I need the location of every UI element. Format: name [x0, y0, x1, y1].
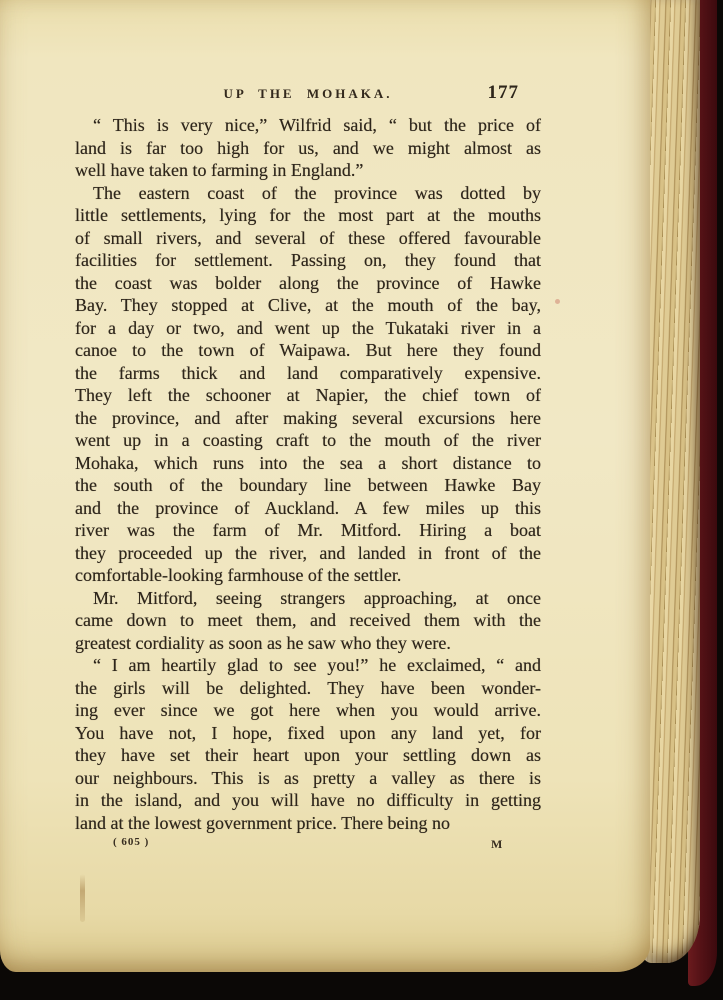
text-line: they have set their heart upon your sett…	[75, 744, 541, 767]
paragraph: “ I am heartily glad to see you!” he exc…	[75, 654, 541, 834]
text-line: for a day or two, and went up the Tukata…	[75, 317, 541, 340]
text-line: and the province of Auckland. A few mile…	[75, 497, 541, 520]
text-line: “ I am heartily glad to see you!” he exc…	[75, 654, 541, 677]
text-line: The eastern coast of the province was do…	[75, 182, 541, 205]
text-line: You have not, I hope, fixed upon any lan…	[75, 722, 541, 745]
text-line: land at the lowest government price. The…	[75, 812, 541, 835]
text-line: They left the schooner at Napier, the ch…	[75, 384, 541, 407]
text-line: of small rivers, and several of these of…	[75, 227, 541, 250]
text-line: the girls will be delighted. They have b…	[75, 677, 541, 700]
text-line: Bay. They stopped at Clive, at the mouth…	[75, 294, 541, 317]
text-line: went up in a coasting craft to the mouth…	[75, 429, 541, 452]
gathering-mark: M	[491, 837, 502, 852]
text-line: comfortable-looking farmhouse of the set…	[75, 564, 541, 587]
running-title: UP THE MOHAKA.	[224, 86, 393, 101]
paragraph: “ This is very nice,” Wilfrid said, “ bu…	[75, 114, 541, 182]
text-line: the farms thick and land comparatively e…	[75, 362, 541, 385]
page-speck	[555, 299, 560, 304]
text-line: Mr. Mitford, seeing strangers approachin…	[75, 587, 541, 610]
page-number: 177	[488, 82, 520, 104]
text-line: the province, and after making several e…	[75, 407, 541, 430]
book-page: UP THE MOHAKA. 177 “ This is very nice,”…	[0, 0, 650, 972]
text-line: river was the farm of Mr. Mitford. Hirin…	[75, 519, 541, 542]
text-line: “ This is very nice,” Wilfrid said, “ bu…	[75, 114, 541, 137]
signature-mark: ( 605 )	[113, 836, 149, 848]
text-line: they proceeded up the river, and landed …	[75, 542, 541, 565]
text-line: the coast was bolder along the province …	[75, 272, 541, 295]
text-line: land is far too high for us, and we migh…	[75, 137, 541, 160]
running-head: UP THE MOHAKA. 177	[75, 85, 541, 105]
page-stain	[80, 874, 85, 922]
text-line: well have taken to farming in England.”	[75, 159, 541, 182]
text-line: canoe to the town of Waipawa. But here t…	[75, 339, 541, 362]
text-line: Mohaka, which runs into the sea a short …	[75, 452, 541, 475]
text-line: in the island, and you will have no diff…	[75, 789, 541, 812]
text-line: greatest cordiality as soon as he saw wh…	[75, 632, 541, 655]
page-body: “ This is very nice,” Wilfrid said, “ bu…	[75, 114, 541, 834]
text-line: our neighbours. This is as pretty a vall…	[75, 767, 541, 790]
page-footer: ( 605 ) M	[75, 836, 541, 852]
book-photo: UP THE MOHAKA. 177 “ This is very nice,”…	[0, 0, 723, 1000]
text-line: came down to meet them, and received the…	[75, 609, 541, 632]
paragraph: Mr. Mitford, seeing strangers approachin…	[75, 587, 541, 655]
text-line: the south of the boundary line between H…	[75, 474, 541, 497]
paragraph: The eastern coast of the province was do…	[75, 182, 541, 587]
text-line: facilities for settlement. Passing on, t…	[75, 249, 541, 272]
text-line: little settlements, lying for the most p…	[75, 204, 541, 227]
text-line: ing ever since we got here when you woul…	[75, 699, 541, 722]
